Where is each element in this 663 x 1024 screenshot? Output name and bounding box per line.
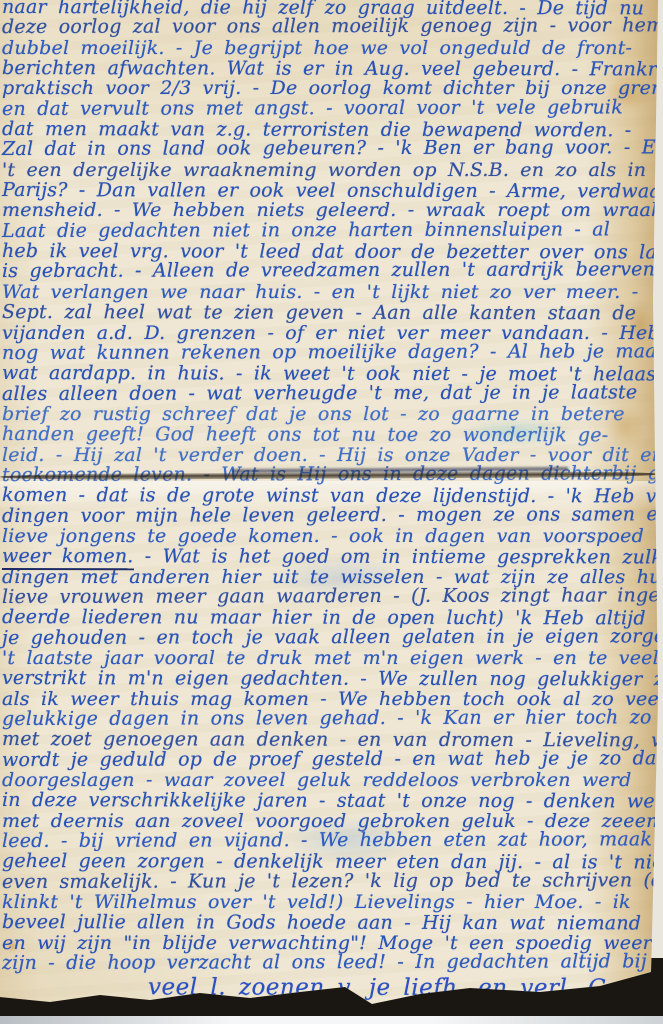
letter-line: handen geeft! God heeft ons tot nu toe z… [0,424,658,446]
letter-line: brief zo rustig schreef dat je ons lot -… [0,404,658,424]
letter-line: Zal dat in ons land ook gebeuren? - 'k B… [0,138,658,160]
letter-line: is gebracht. - Alleen de vreedzamen zull… [0,260,658,282]
letter-line: 't een dergelijke wraakneming worden op … [0,160,658,180]
letter-line: leed. - bij vriend en vijand. - We hebbe… [0,829,658,851]
letter-line: in deze verschrikkelijke jaren - staat '… [0,790,658,812]
letter-line: 't laatste jaar vooral te druk met m'n e… [0,648,658,668]
letter-line: Laat die gedachten niet in onze harten b… [0,219,658,241]
letter-line: zijn - die hoop verzacht al ons leed! - … [0,951,658,973]
letter-page: naar hartelijkheid, die hij zelf zo graa… [0,0,658,1008]
letter-line: wordt je geduld op de proef gesteld - en… [0,748,658,770]
letter-line: doorgeslagen - waar zoveel geluk reddelo… [0,770,658,790]
letter-line: Sept. zal heel wat te zien geven - Aan a… [0,302,658,324]
letter-line: berichten afwachten. Wat is er in Aug. v… [0,58,658,80]
letter-line: lieve vrouwen meer gaan waarderen - (J. … [0,585,658,607]
letter-lines: naar hartelijkheid, die hij zelf zo graa… [0,0,658,1000]
letter-line: beveel jullie allen in Gods hoede aan - … [0,912,658,934]
letter-line: even smakelijk. - Kun je 't lezen? 'k li… [0,870,658,892]
letter-line: dingen voor mijn hele leven geleerd. - m… [0,504,658,526]
letter-line: nog wat kunnen rekenen op moeilijke dage… [0,341,658,363]
letter-line: lieve jongens te goede komen. - ook in d… [0,526,658,546]
letter-line: gelukkige dagen in ons leven gehad. - 'k… [0,707,658,729]
letter-line: Wat verlangen we naar huis. - en 't lijk… [0,282,658,302]
letter-line: deze oorlog zal voor ons allen moeilijk … [0,16,658,38]
letter-line: weer komen. - Wat is het goed om in inti… [0,546,658,568]
scanner-bed [0,1016,663,1024]
letter-line: Parijs? - Dan vallen er ook veel onschul… [0,180,658,202]
underlined-phrase: weer komen. [2,545,134,570]
letter-line: verstrikt in m'n eigen gedachten. - We z… [0,668,658,690]
letter-line: dubbel moeilijk. - Je begrijpt hoe we vo… [0,38,658,58]
letter-line: en dat vervult ons met angst. - vooral v… [0,97,658,119]
letter-line: alles alleen doen - wat verheugde 't me,… [0,382,658,404]
letter-scan: naar hartelijkheid, die hij zelf zo graa… [0,0,663,1024]
letter-line: klinkt 't Wilhelmus over 't veld!) Lieve… [0,892,658,912]
letter-line: je gehouden - en toch je vaak alleen gel… [0,626,658,648]
